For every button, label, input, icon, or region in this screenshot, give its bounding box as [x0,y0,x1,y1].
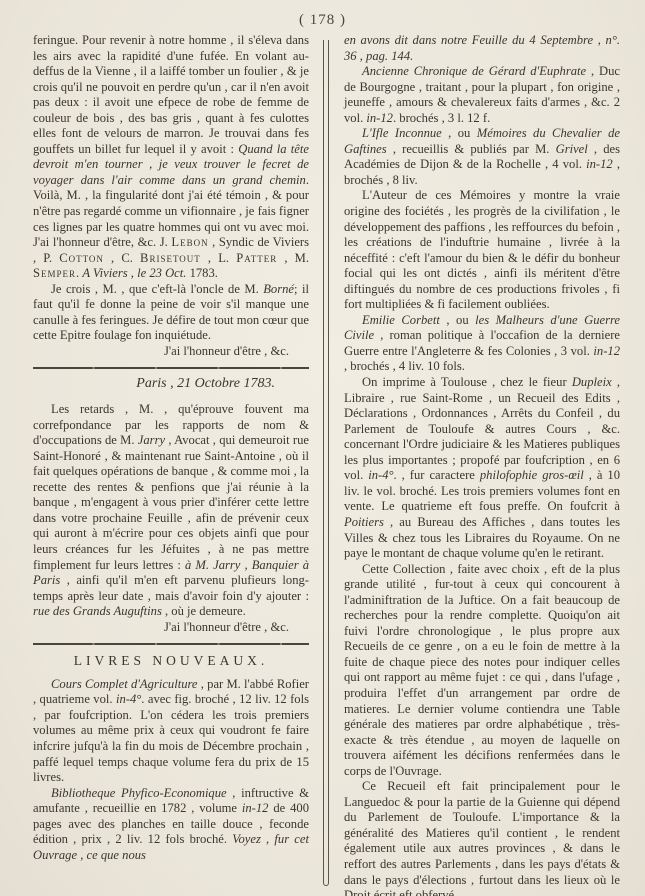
page-number: ( 178 ) [0,12,645,29]
book-entry: Ancienne Chronique de Gérard d'Euphrate … [344,64,620,126]
paragraph-toulouse: On imprime à Toulouse , chez le fieur Du… [344,375,620,562]
book-entry-continued: en avons dit dans notre Feuille du 4 Sep… [344,33,620,64]
right-column: en avons dit dans notre Feuille du 4 Sep… [344,33,620,896]
closing-line: J'ai l'honneur d'être , &c. [33,344,309,360]
column-divider [323,40,329,886]
section-title: LIVRES NOUVEAUX. [33,653,309,669]
paragraph-collection: Cette Collection , faite avec choix , ef… [344,562,620,780]
closing-line: J'ai l'honneur d'être , &c. [33,620,309,636]
left-column: feringue. Pour revenir à notre homme , i… [33,33,309,863]
paragraph-borne: Je crois , M. , que c'eft-là l'oncle de … [33,282,309,344]
book-entry: Cours Complet d'Agriculture , par M. l'a… [33,677,309,786]
document-page: ( 178 ) feringue. Pour revenir à notre h… [0,0,645,896]
paragraph-review: L'Auteur de ces Mémoires y montre la vra… [344,188,620,312]
section-rule [33,367,309,369]
book-entry: Emilie Corbett , ou les Malheurs d'une G… [344,313,620,375]
paragraph-jarry-letter: Les retards , M. , qu'éprouve fouvent ma… [33,402,309,620]
paragraph-balloon-account: feringue. Pour revenir à notre homme , i… [33,33,309,282]
book-entry: L'Ifle Inconnue , ou Mémoires du Chevali… [344,126,620,188]
dateline: Paris , 21 Octobre 1783. [33,376,309,392]
section-rule [33,643,309,645]
paragraph-recueil: Ce Recueil eft fait principalement pour … [344,779,620,896]
book-entry: Bibliotheque Phyfico-Economique , inftru… [33,786,309,864]
